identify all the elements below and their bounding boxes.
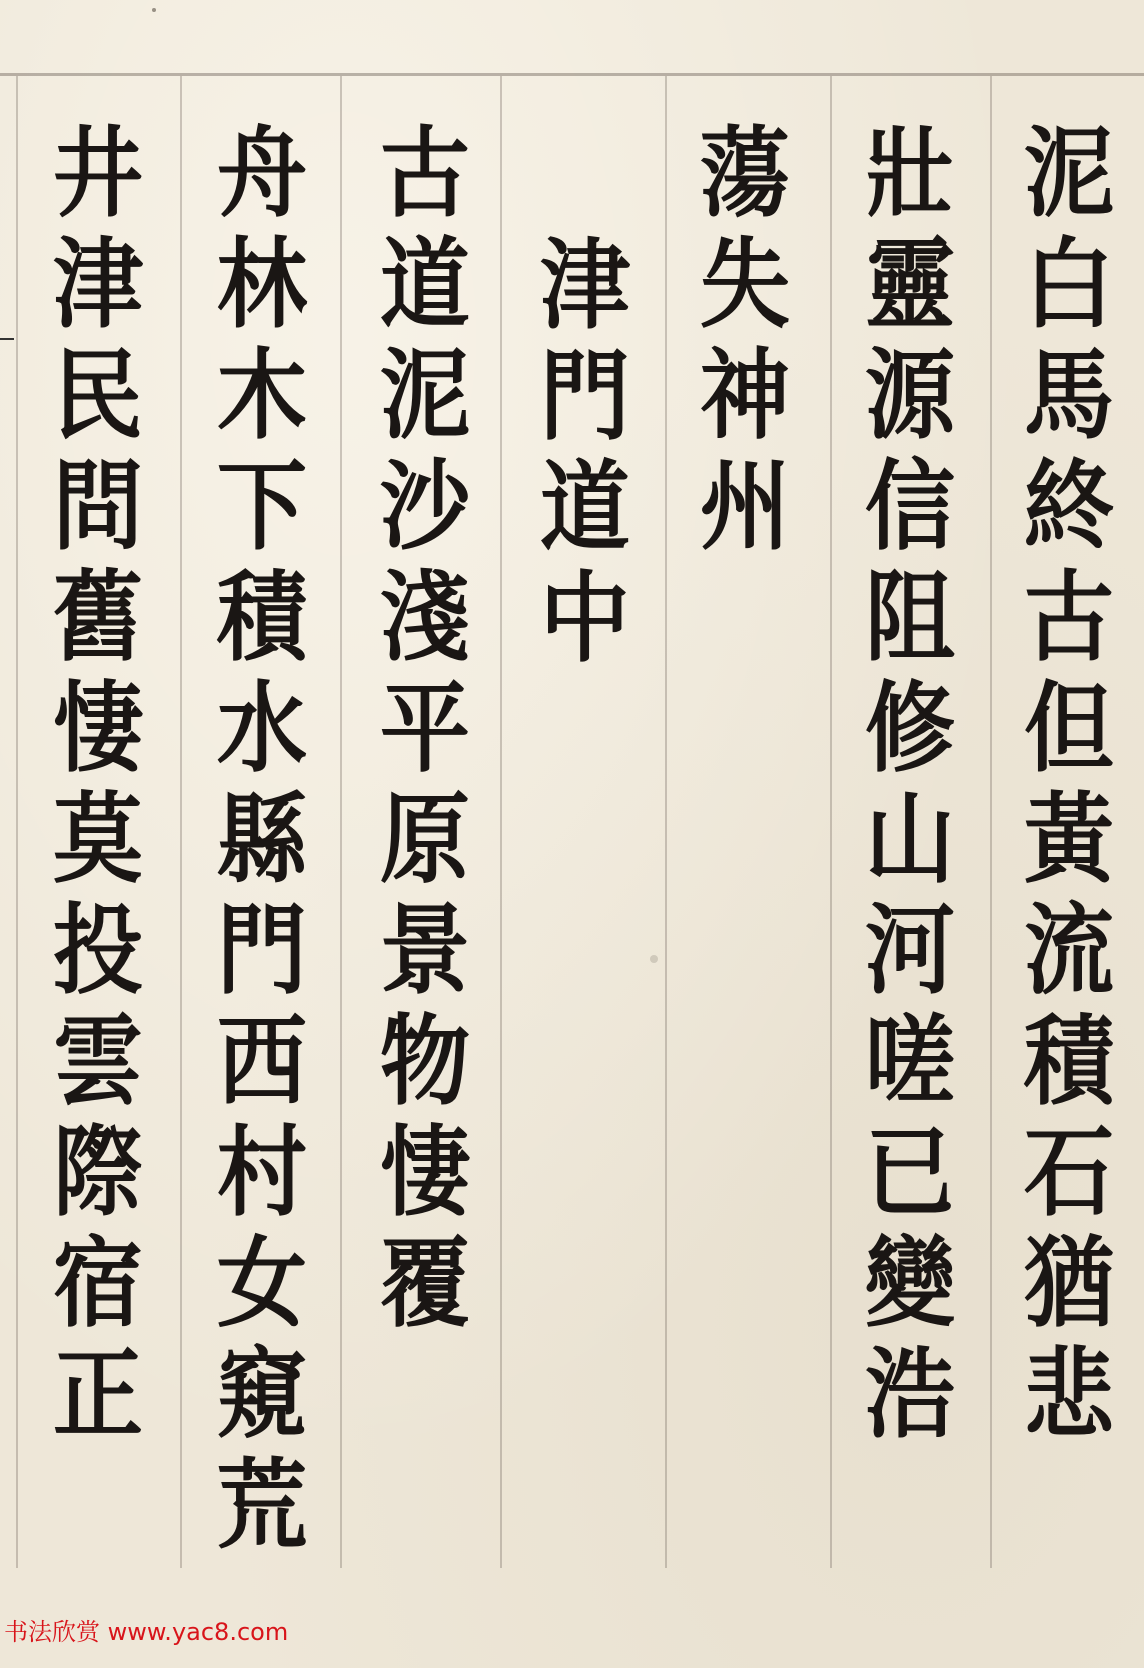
calligraphy-character: 下 — [217, 451, 307, 562]
calligraphy-character: 古 — [1024, 562, 1114, 673]
calligraphy-character: 正 — [53, 1339, 143, 1450]
calligraphy-character: 舟 — [217, 118, 307, 229]
calligraphy-character: 窺 — [217, 1339, 307, 1450]
calligraphy-character: 終 — [1024, 451, 1114, 562]
calligraphy-character: 水 — [217, 673, 307, 784]
calligraphy-character: 嗟 — [865, 1006, 955, 1117]
calligraphy-character: 舊 — [53, 562, 143, 673]
calligraphy-character: 淺 — [380, 562, 470, 673]
text-column-5: 古道泥沙淺平原景物悽覆 — [355, 118, 495, 1339]
calligraphy-character: 源 — [865, 340, 955, 451]
calligraphy-character: 門 — [217, 895, 307, 1006]
calligraphy-character: 悲 — [1024, 1339, 1114, 1450]
calligraphy-character: 石 — [1024, 1117, 1114, 1228]
calligraphy-character: 道 — [540, 452, 630, 563]
calligraphy-character: 積 — [217, 562, 307, 673]
text-column-7: 井津民問舊悽莫投雲際宿正 — [28, 118, 168, 1450]
column-rule — [830, 76, 832, 1568]
calligraphy-character: 修 — [865, 673, 955, 784]
calligraphy-character: 積 — [1024, 1006, 1114, 1117]
calligraphy-character: 平 — [380, 673, 470, 784]
calligraphy-character: 蕩 — [700, 118, 790, 229]
calligraphy-character: 變 — [865, 1228, 955, 1339]
calligraphy-character: 阻 — [865, 562, 955, 673]
calligraphy-character: 浩 — [865, 1339, 955, 1450]
calligraphy-character: 古 — [380, 118, 470, 229]
calligraphy-character: 林 — [217, 229, 307, 340]
calligraphy-character: 流 — [1024, 895, 1114, 1006]
site-watermark: 书法欣赏 www.yac8.com — [4, 1612, 288, 1647]
column-rule — [16, 76, 18, 1568]
text-column-4-title: 津門道中 — [515, 230, 655, 674]
calligraphy-character: 問 — [53, 451, 143, 562]
column-rule — [665, 76, 667, 1568]
calligraphy-character: 靈 — [865, 229, 955, 340]
calligraphy-character: 井 — [53, 118, 143, 229]
calligraphy-character: 中 — [540, 563, 630, 674]
calligraphy-character: 道 — [380, 229, 470, 340]
calligraphy-character: 但 — [1024, 673, 1114, 784]
calligraphy-character: 宿 — [53, 1228, 143, 1339]
calligraphy-character: 失 — [700, 229, 790, 340]
calligraphy-character: 神 — [700, 340, 790, 451]
calligraphy-character: 荒 — [217, 1450, 307, 1561]
text-column-3: 蕩失神州 — [675, 118, 815, 562]
calligraphy-character: 津 — [53, 229, 143, 340]
calligraphy-character: 白 — [1024, 229, 1114, 340]
calligraphy-character: 馬 — [1024, 340, 1114, 451]
calligraphy-character: 投 — [53, 895, 143, 1006]
column-rule — [990, 76, 992, 1568]
calligraphy-character: 際 — [53, 1117, 143, 1228]
text-column-6: 舟林木下積水縣門西村女窺荒 — [192, 118, 332, 1561]
calligraphy-character: 村 — [217, 1117, 307, 1228]
calligraphy-character: 莫 — [53, 784, 143, 895]
column-rule — [500, 76, 502, 1568]
calligraphy-character: 原 — [380, 784, 470, 895]
calligraphy-character: 津 — [540, 230, 630, 341]
calligraphy-character: 悽 — [53, 673, 143, 784]
calligraphy-character: 沙 — [380, 451, 470, 562]
calligraphy-character: 門 — [540, 341, 630, 452]
calligraphy-character: 雲 — [53, 1006, 143, 1117]
top-border-rule — [0, 73, 1144, 76]
paper-stain — [650, 955, 658, 963]
calligraphy-character: 山 — [865, 784, 955, 895]
calligraphy-character: 河 — [865, 895, 955, 1006]
calligraphy-character: 縣 — [217, 784, 307, 895]
calligraphy-character: 信 — [865, 451, 955, 562]
calligraphy-character: 西 — [217, 1006, 307, 1117]
calligraphy-character: 州 — [700, 451, 790, 562]
text-column-2: 壯靈源信阻修山河嗟已變浩 — [840, 118, 980, 1450]
calligraphy-character: 木 — [217, 340, 307, 451]
calligraphy-character: 覆 — [380, 1228, 470, 1339]
column-rule — [180, 76, 182, 1568]
margin-tick-mark — [0, 338, 14, 340]
calligraphy-character: 泥 — [1024, 118, 1114, 229]
calligraphy-character: 民 — [53, 340, 143, 451]
calligraphy-character: 景 — [380, 895, 470, 1006]
text-column-1: 泥白馬終古但黃流積石猶悲 — [999, 118, 1139, 1450]
calligraphy-character: 物 — [380, 1006, 470, 1117]
calligraphy-character: 女 — [217, 1228, 307, 1339]
calligraphy-character: 泥 — [380, 340, 470, 451]
calligraphy-character: 悽 — [380, 1117, 470, 1228]
ink-speck — [152, 8, 156, 12]
calligraphy-character: 猶 — [1024, 1228, 1114, 1339]
calligraphy-character: 已 — [865, 1117, 955, 1228]
calligraphy-character: 壯 — [865, 118, 955, 229]
calligraphy-character: 黃 — [1024, 784, 1114, 895]
column-rule — [340, 76, 342, 1568]
